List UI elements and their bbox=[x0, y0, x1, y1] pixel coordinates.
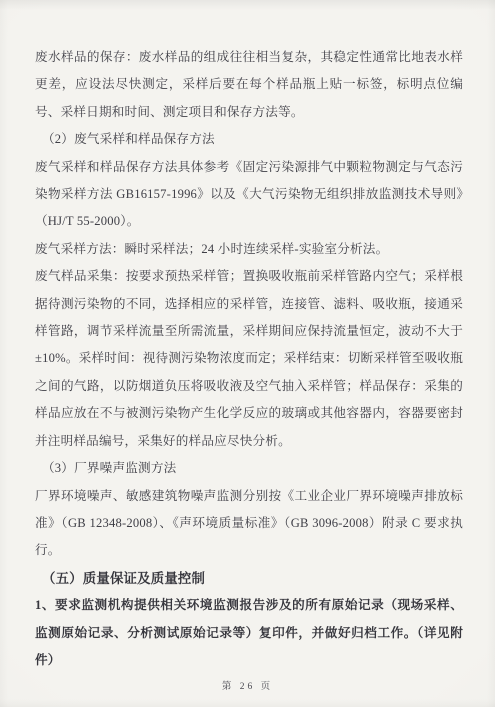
paragraph-original-records-requirement: 1、要求监测机构提供相关环境监测报告涉及的所有原始记录（现场采样、监测原始记录、… bbox=[35, 592, 463, 674]
heading-quality-assurance-control: （五）质量保证及质量控制 bbox=[35, 565, 463, 592]
paragraph-wastewater-sample-preservation: 废水样品的保存：废水样品的组成往往相当复杂，其稳定性通常比地表水样更差，应设法尽… bbox=[35, 44, 463, 126]
paragraph-waste-gas-methods: 废气采样方法：瞬时采样法；24 小时连续采样-实验室分析法。 bbox=[35, 236, 463, 263]
subheading-waste-gas-sampling: （2）废气采样和样品保存方法 bbox=[35, 126, 463, 153]
page-number: 第 26 页 bbox=[0, 678, 495, 692]
paragraph-waste-gas-standards: 废气采样和样品保存方法具体参考《固定污染源排气中颗粒物测定与气态污染物采样方法 … bbox=[35, 154, 463, 236]
paragraph-waste-gas-collection: 废气样品采集：按要求预热采样管；置换吸收瓶前采样管路内空气；采样根据待测污染物的… bbox=[35, 263, 463, 455]
subheading-boundary-noise-monitoring: （3）厂界噪声监测方法 bbox=[35, 455, 463, 482]
paragraph-noise-standards: 厂界环境噪声、敏感建筑物噪声监测分别按《工业企业厂界环境噪声排放标准》（GB 1… bbox=[35, 483, 463, 565]
document-page: 废水样品的保存：废水样品的组成往往相当复杂，其稳定性通常比地表水样更差，应设法尽… bbox=[0, 0, 495, 707]
page-body-text: 废水样品的保存：废水样品的组成往往相当复杂，其稳定性通常比地表水样更差，应设法尽… bbox=[35, 44, 463, 674]
